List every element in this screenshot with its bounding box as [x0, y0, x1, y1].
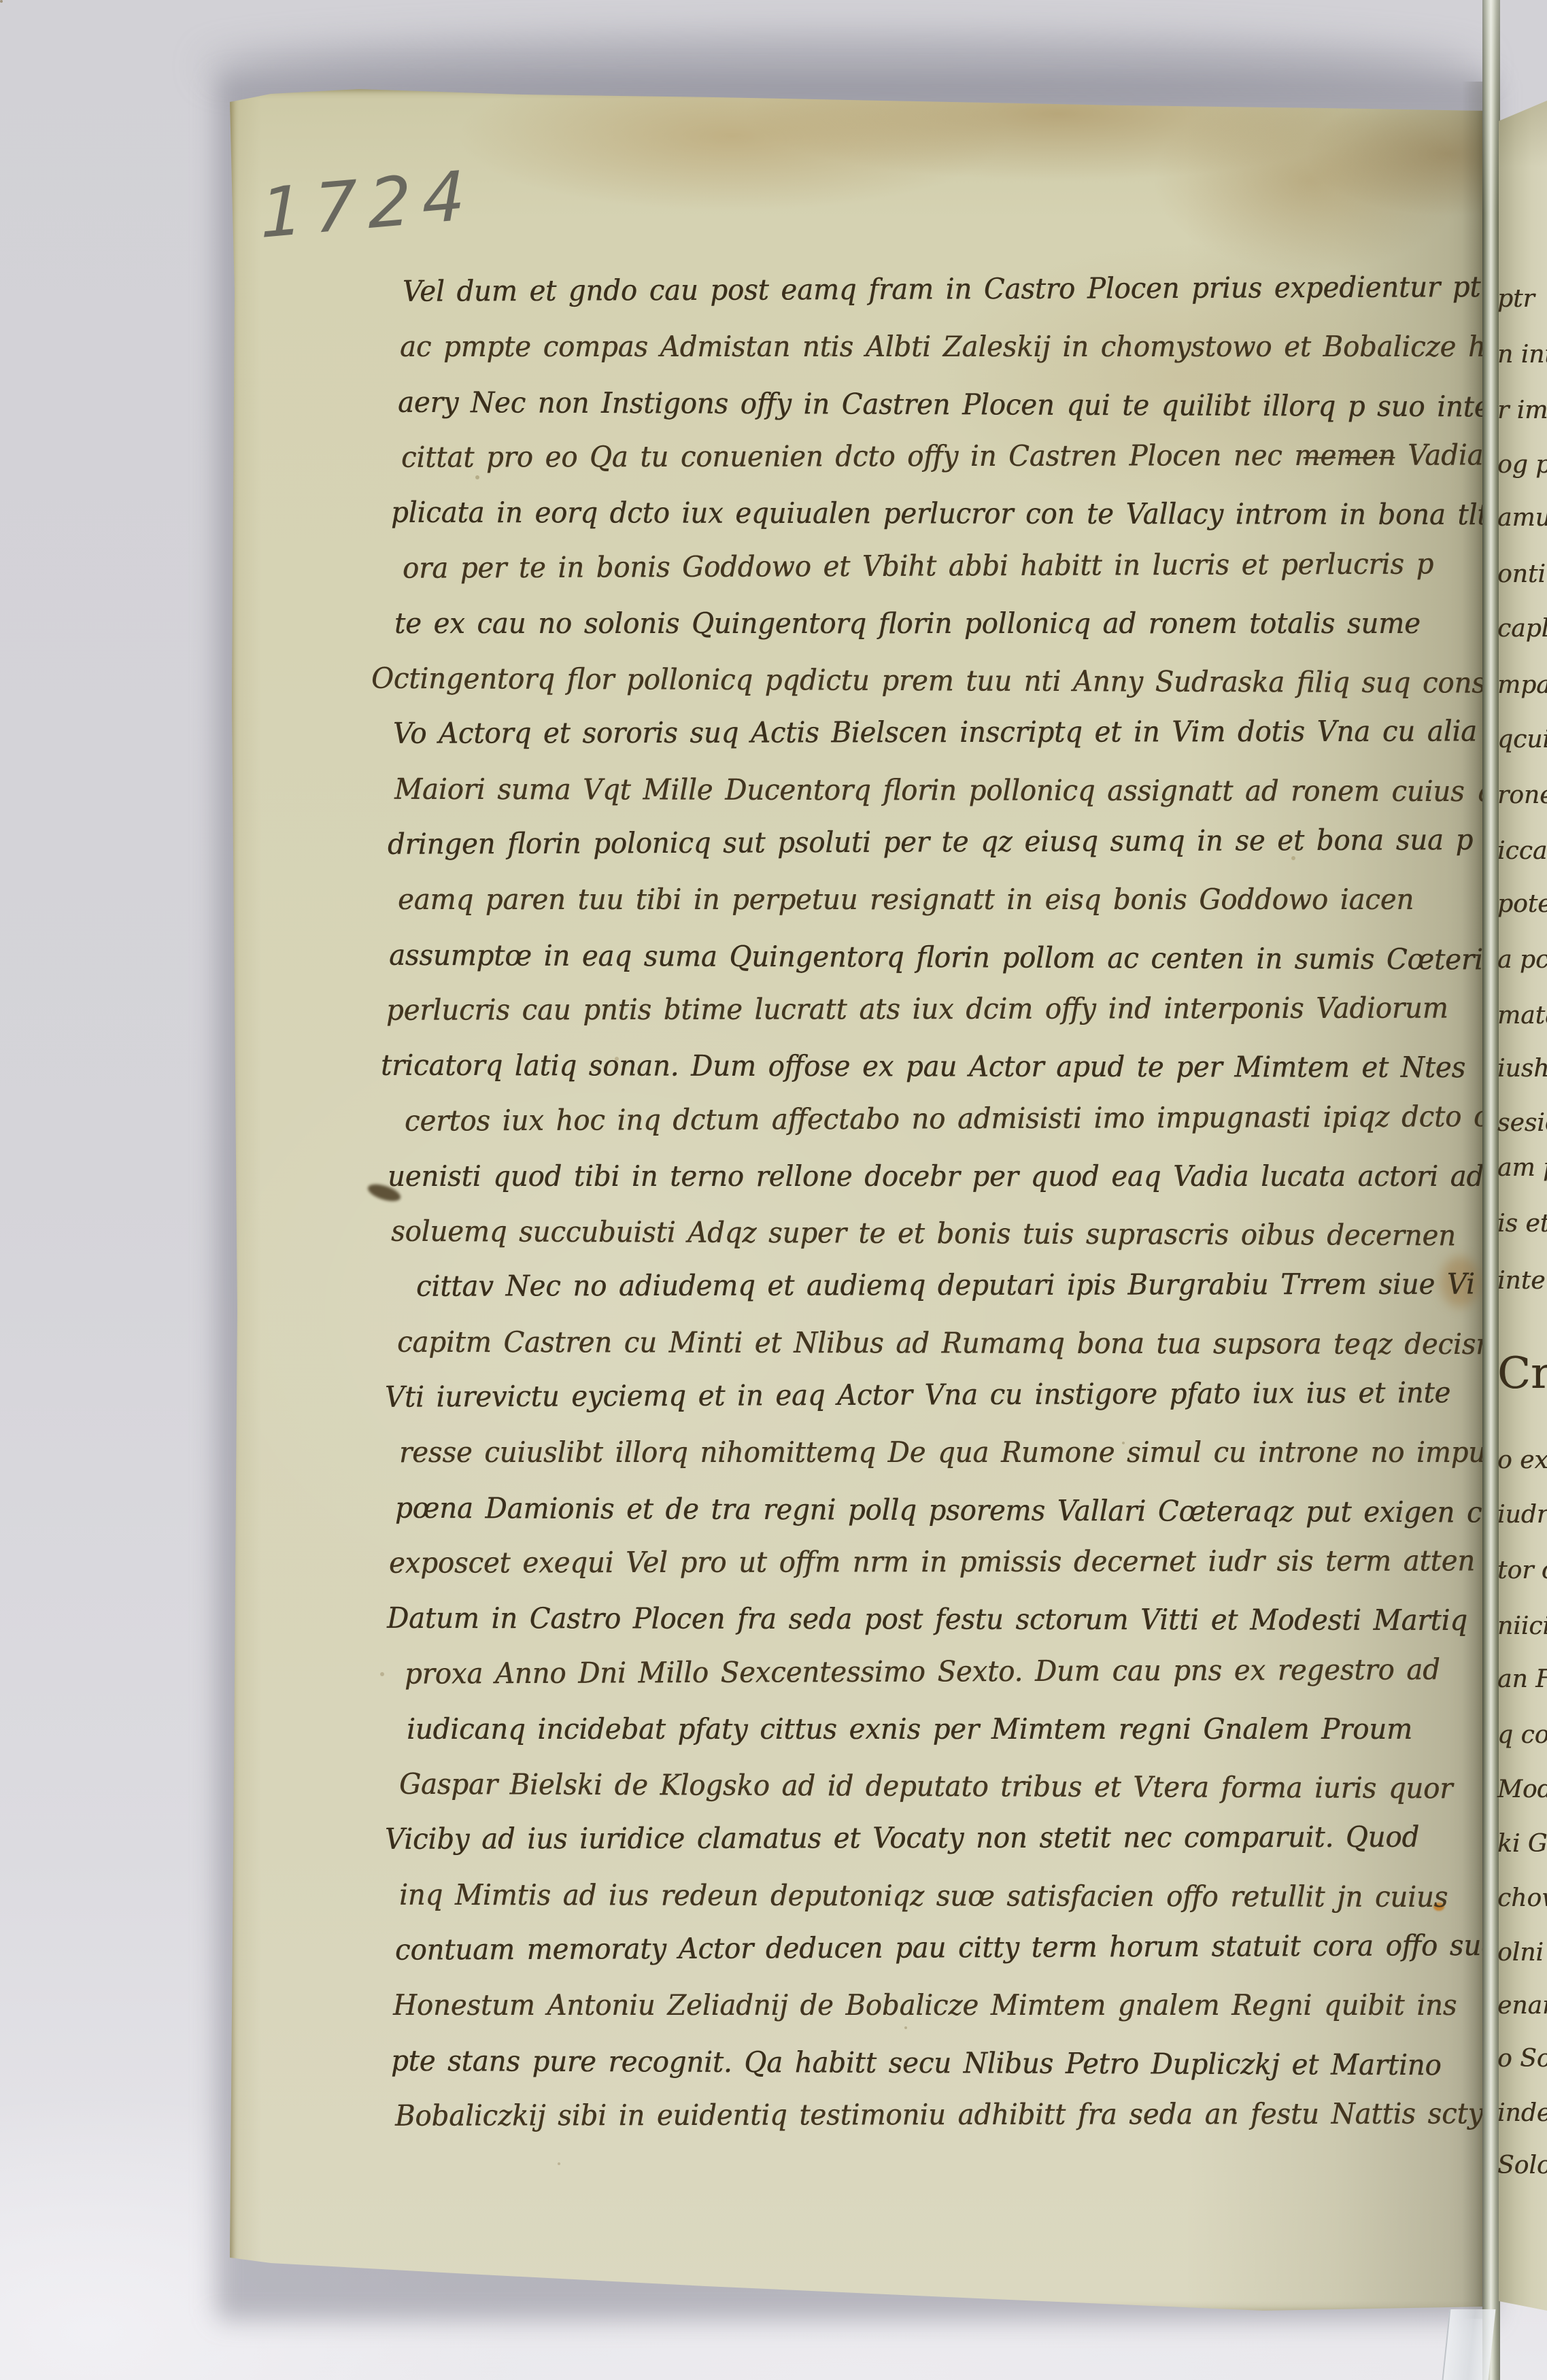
- manuscript-line: Maiori suma Vqt Mille Ducentorq florin p…: [394, 768, 1486, 813]
- facing-page-line: Cr: [1497, 1346, 1547, 1401]
- facing-page-line: sesion e: [1497, 1106, 1547, 1140]
- manuscript-line: Datum in Castro Plocen fra seda post fes…: [387, 1597, 1467, 1642]
- facing-page-line: o Sologh: [1497, 2042, 1547, 2076]
- manuscript-line: Vo Actorq et sororis suq Actis Bielscen …: [393, 711, 1477, 755]
- facing-page-line: an Foliq: [1497, 1663, 1547, 1697]
- manuscript-line: Vti iurevictu eyciemq et in eaq Actor Vn…: [385, 1372, 1450, 1418]
- manuscript-line: contuam memoraty Actor deducen pau citty…: [395, 1924, 1486, 1971]
- scanner-background: 1724 Vel dum et gndo cau post eamq fram …: [0, 0, 1547, 2380]
- manuscript-line: pœna Damionis et de tra regni pollq psor…: [395, 1487, 1486, 1533]
- manuscript-line: soluemq succubuisti Adqz super te et bon…: [391, 1210, 1456, 1257]
- facing-page-line: iusht ill: [1497, 1052, 1547, 1086]
- manuscript-line: eamq paren tuu tibi in perpetuu resignat…: [398, 879, 1414, 921]
- manuscript-line: cittat pro eo Qa tu conuenien dcto offy …: [401, 435, 1486, 479]
- facing-page-line: tor coe: [1497, 1554, 1547, 1588]
- manuscript-line: capitm Castren cu Minti et Nlibus ad Rum…: [397, 1321, 1486, 1365]
- facing-page-line: o exdi: [1497, 1444, 1547, 1478]
- manuscript-line: certos iux hoc inq dctum affectabo no ad…: [405, 1095, 1486, 1142]
- facing-page-line: is et de: [1497, 1207, 1547, 1241]
- manuscript-line: cittav Nec no adiudemq et audiemq deputa…: [416, 1263, 1475, 1308]
- manuscript-line: Bobaliczkij sibi in euidentiq testimoniu…: [395, 2093, 1483, 2137]
- facing-page-line: niicien: [1497, 1610, 1547, 1644]
- manuscript-line: inq Mimtis ad ius redeun deputoniqz suœ …: [399, 1874, 1448, 1918]
- manuscript-line: pte stans pure recognit. Qa habitt secu …: [391, 2040, 1442, 2086]
- manuscript-line: Vel dum et gndo cau post eamq fram in Ca…: [403, 267, 1486, 313]
- facing-page-line: q consor: [1497, 1718, 1547, 1752]
- manuscript-line: perlucris cau pntis btime lucratt ats iu…: [386, 987, 1448, 1032]
- facing-page-line: am per: [1497, 1151, 1547, 1185]
- facing-page-line: mparen: [1497, 668, 1547, 702]
- facing-page-line: olni ater: [1497, 1936, 1547, 1970]
- facing-page-line: Modlb: [1497, 1773, 1547, 1807]
- facing-page-line: Sologino: [1497, 2149, 1547, 2183]
- manuscript-line: iudicanq incidebat pfaty cittus exnis pe…: [407, 1708, 1412, 1750]
- manuscript-line: resse cuiuslibt illorq nihomittemq De qu…: [399, 1432, 1486, 1474]
- manuscript-line: Viciby ad ius iuridice clamatus et Vocat…: [385, 1816, 1419, 1860]
- facing-page-line: roneq: [1497, 779, 1547, 813]
- facing-page-line: amus dei: [1497, 501, 1547, 535]
- facing-page-line: ptr: [1497, 282, 1535, 316]
- manuscript-line: te ex cau no solonis Quingentorq florin …: [394, 602, 1421, 644]
- manuscript-line: dringen florin polonicq sut psoluti per …: [388, 819, 1473, 866]
- manuscript-line: exposcet exequi Vel pro ut offm nrm in p…: [389, 1540, 1475, 1584]
- manuscript-line: ac pmpte compas Admistan ntis Albti Zale…: [400, 326, 1486, 368]
- facing-page-line: a pcessi: [1497, 943, 1547, 977]
- manuscript-line: Honestum Antoniu Zeliadnij de Bobalicze …: [393, 1985, 1457, 2026]
- facing-page-line: iccapto: [1497, 834, 1547, 868]
- facing-page-line: potenib: [1497, 887, 1547, 921]
- manuscript-line: Gaspar Bielski de Klogsko ad id deputato…: [399, 1763, 1453, 1809]
- facing-page-line: enard ob: [1497, 1989, 1547, 2023]
- facing-page-line: qcuit fu: [1497, 723, 1547, 757]
- facing-page-line: iudr te: [1497, 1498, 1547, 1532]
- manuscript-line: plicata in eorq dcto iux equiualen perlu…: [391, 492, 1486, 536]
- text-block: Vel dum et gndo cau post eamq fram in Ca…: [0, 0, 1486, 2380]
- facing-page-line: ki Goh: [1497, 1827, 1547, 1861]
- manuscript-line: ora per te in bonis Goddowo et Vbiht abb…: [403, 543, 1433, 589]
- facing-page-line: caple l: [1497, 612, 1547, 646]
- manuscript-line: proxa Anno Dni Millo Sexcentessimo Sexto…: [405, 1648, 1440, 1695]
- manuscript-line: Octingentorq flor pollonicq pqdictu prem…: [371, 658, 1486, 704]
- facing-page-line: mata e: [1497, 999, 1547, 1033]
- facing-page-line: og per: [1497, 448, 1547, 482]
- facing-page-line: onti: [1497, 558, 1546, 592]
- facing-page-line: chowski: [1497, 1882, 1547, 1916]
- facing-page-line: r impu: [1497, 394, 1547, 428]
- facing-page-line: inde ad: [1497, 2096, 1547, 2130]
- facing-page-line: interpo: [1497, 1264, 1547, 1298]
- facing-page-line: n inter: [1497, 338, 1547, 372]
- manuscript-line: uenisti quod tibi in terno rellone doceb…: [388, 1155, 1484, 1197]
- manuscript-line: assumptœ in eaq suma Quingentorq florin …: [389, 934, 1486, 981]
- manuscript-line: tricatorq latiq sonan. Dum offose ex pau…: [381, 1044, 1465, 1089]
- manuscript-line: aery Nec non Instigons offy in Castren P…: [398, 381, 1486, 428]
- facing-page: [1499, 101, 1547, 2311]
